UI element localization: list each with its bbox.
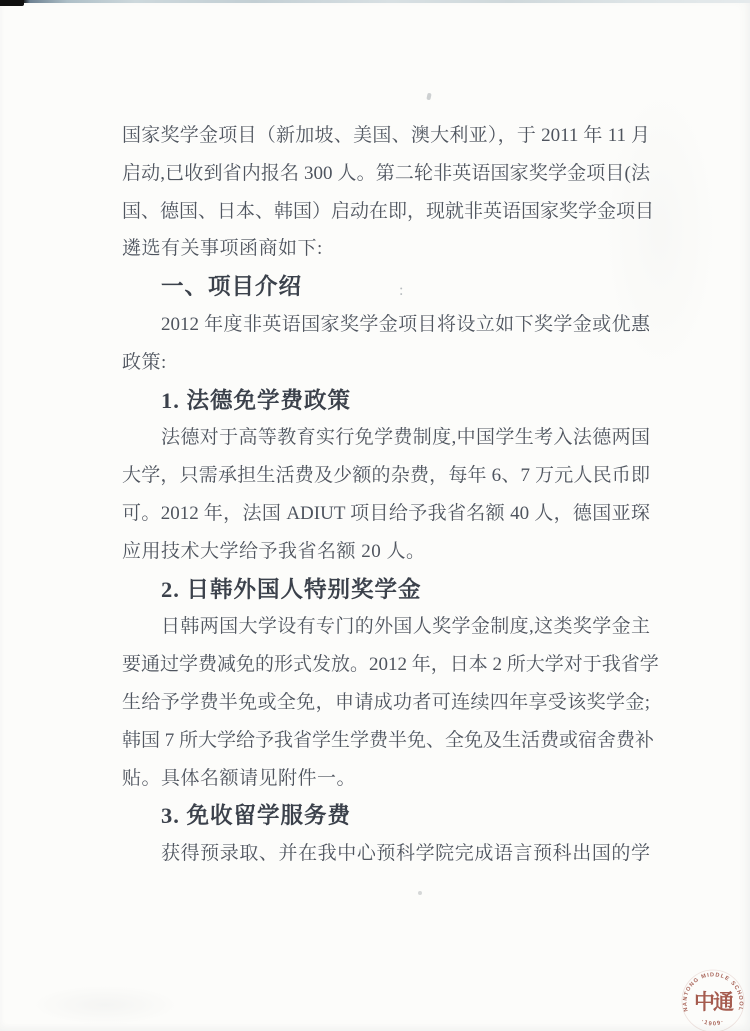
text-line: 法德对于高等教育实行免学费制度,中国学生考入法德两国 bbox=[122, 419, 650, 457]
text-line: 日韩两国大学设有专门的外国人奖学金制度,这类奖学金主 bbox=[122, 608, 650, 646]
text-line: 大学，只需承担生活费及少额的杂费，每年 6、7 万元人民币即 bbox=[122, 457, 650, 495]
text-line: 韩国 7 所大学给予我省学生学费半免、全免及生活费或宿舍费补 bbox=[122, 722, 650, 760]
scan-speck bbox=[418, 891, 422, 895]
text-line: 启动,已收到省内报名 300 人。第二轮非英语国家奖学金项目(法 bbox=[122, 155, 650, 193]
text-line: 遴选有关事项函商如下: bbox=[122, 230, 650, 268]
text-line: 贴。具体名额请见附件一。 bbox=[122, 760, 650, 798]
text-line: 可。2012 年，法国 ADIUT 项目给予我省名额 40 人，德国亚琛 bbox=[122, 495, 650, 533]
text-line: 生给予学费半免或全免，申请成功者可连续四年享受该奖学金; bbox=[122, 684, 650, 722]
text-line: 2012 年度非英语国家奖学金项目将设立如下奖学金或优惠 bbox=[122, 306, 650, 344]
document-body: 国家奖学金项目（新加坡、美国、澳大利亚），于 2011 年 11 月 启动,已收… bbox=[122, 117, 650, 873]
scan-smudge bbox=[30, 985, 180, 1025]
text-line: 国、德国、日本、韩国）启动在即，现就非英语国家奖学金项目 bbox=[122, 193, 650, 231]
section-heading: 3. 免收留学服务费 bbox=[122, 797, 650, 835]
section-heading: 2. 日韩外国人特别奖学金 bbox=[122, 571, 650, 609]
text-line: 应用技术大学给予我省名额 20 人。 bbox=[122, 533, 650, 571]
scan-artifact-top-line bbox=[0, 0, 750, 3]
scan-speck bbox=[426, 93, 431, 101]
school-seal-icon: NANTONG MIDDLE SCHOOL ·1909· 中通 bbox=[680, 968, 746, 1031]
svg-text:·1909·: ·1909· bbox=[700, 1019, 726, 1028]
seal-center-characters: 中通 bbox=[694, 990, 734, 1014]
text-line: 国家奖学金项目（新加坡、美国、澳大利亚），于 2011 年 11 月 bbox=[122, 117, 650, 155]
section-heading: 1. 法德免学费政策 bbox=[122, 382, 650, 420]
section-heading: 一、项目介绍 bbox=[122, 268, 650, 306]
text-line: 要通过学费减免的形式发放。2012 年，日本 2 所大学对于我省学 bbox=[122, 646, 650, 684]
seal-year-text: ·1909· bbox=[700, 1019, 726, 1028]
text-line: 政策: bbox=[122, 344, 650, 382]
scanned-document-page: : 国家奖学金项目（新加坡、美国、澳大利亚），于 2011 年 11 月 启动,… bbox=[0, 0, 750, 1031]
scan-artifact-corner-mark bbox=[0, 0, 24, 6]
text-line: 获得预录取、并在我中心预科学院完成语言预科出国的学 bbox=[122, 835, 650, 873]
